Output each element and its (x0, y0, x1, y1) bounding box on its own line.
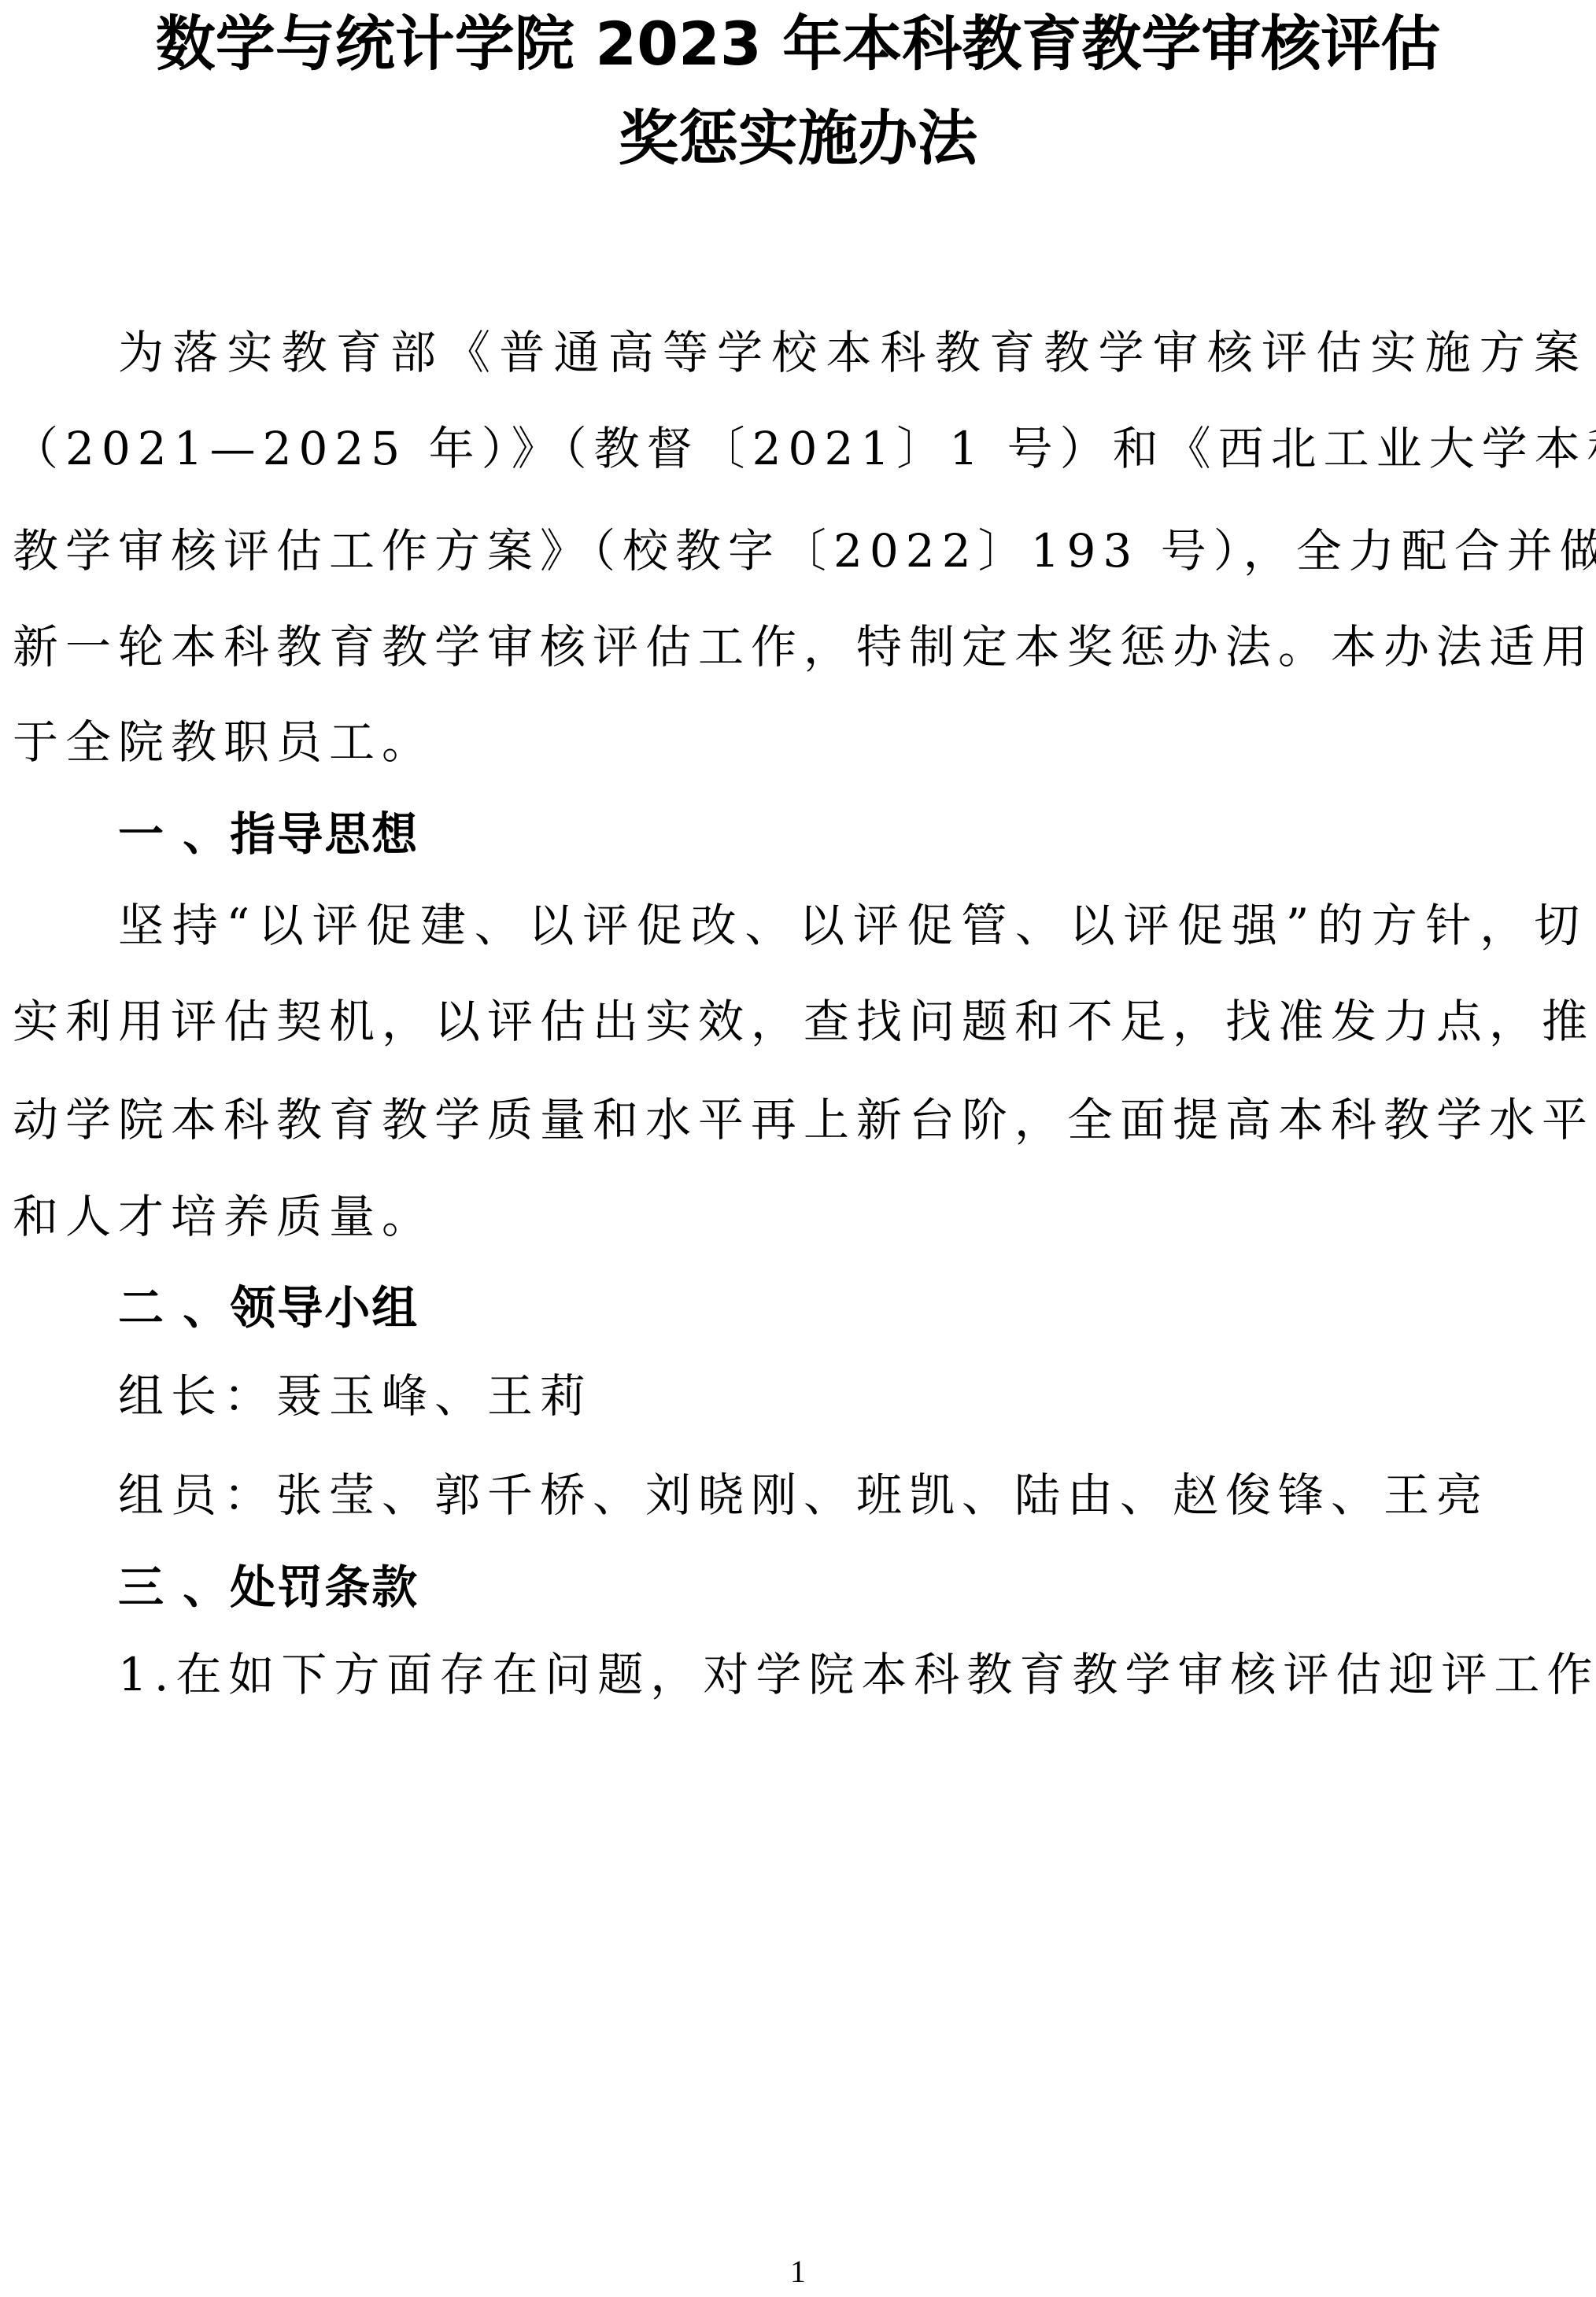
document-title-line-2: 奖惩实施办法 (0, 101, 1596, 176)
section-1-line-4: 和人才培养质量。 (13, 1185, 1587, 1248)
intro-paragraph-line-1: 为落实教育部《普通高等学校本科教育教学审核评估实施方案 (118, 321, 1587, 384)
section-1-line-1: 坚持“以评促建、以评促改、以评促管、以评促强”的方针，切 (118, 894, 1587, 957)
document-page: 数学与统计学院 2023 年本科教育教学审核评估 奖惩实施办法 为落实教育部《普… (0, 0, 1596, 2297)
page-number: 1 (0, 2252, 1596, 2291)
intro-paragraph-line-5: 于全院教职员工。 (13, 711, 1587, 774)
member-list: 组员：张莹、郭千桥、刘晓刚、班凯、陆由、赵俊锋、王亮 (118, 1464, 1587, 1527)
intro-paragraph-line-3: 教学审核评估工作方案》（校教字〔2022〕193 号），全力配合并做好 (13, 519, 1587, 582)
section-heading-penalty-clauses: 三 、处罚条款 (118, 1556, 419, 1619)
section-heading-leadership-group: 二 、领导小组 (118, 1276, 419, 1339)
intro-paragraph-line-2: （2021—2025 年）》（教督〔2021〕1 号）和《西北工业大学本科教育 (13, 417, 1587, 480)
intro-paragraph-line-4: 新一轮本科教育教学审核评估工作，特制定本奖惩办法。本办法适用 (13, 615, 1587, 678)
section-heading-guiding-ideology: 一 、指导思想 (118, 803, 419, 866)
document-title-line-1: 数学与统计学院 2023 年本科教育教学审核评估 (0, 6, 1596, 82)
section-1-line-2: 实利用评估契机，以评估出实效，查找问题和不足，找准发力点，推 (13, 990, 1587, 1053)
section-1-line-3: 动学院本科教育教学质量和水平再上新台阶，全面提高本科教学水平 (13, 1088, 1587, 1151)
penalty-clause-1: 1.在如下方面存在问题，对学院本科教育教学审核评估迎评工作 (118, 1643, 1587, 1706)
leader-list: 组长：聂玉峰、王莉 (118, 1365, 1587, 1427)
